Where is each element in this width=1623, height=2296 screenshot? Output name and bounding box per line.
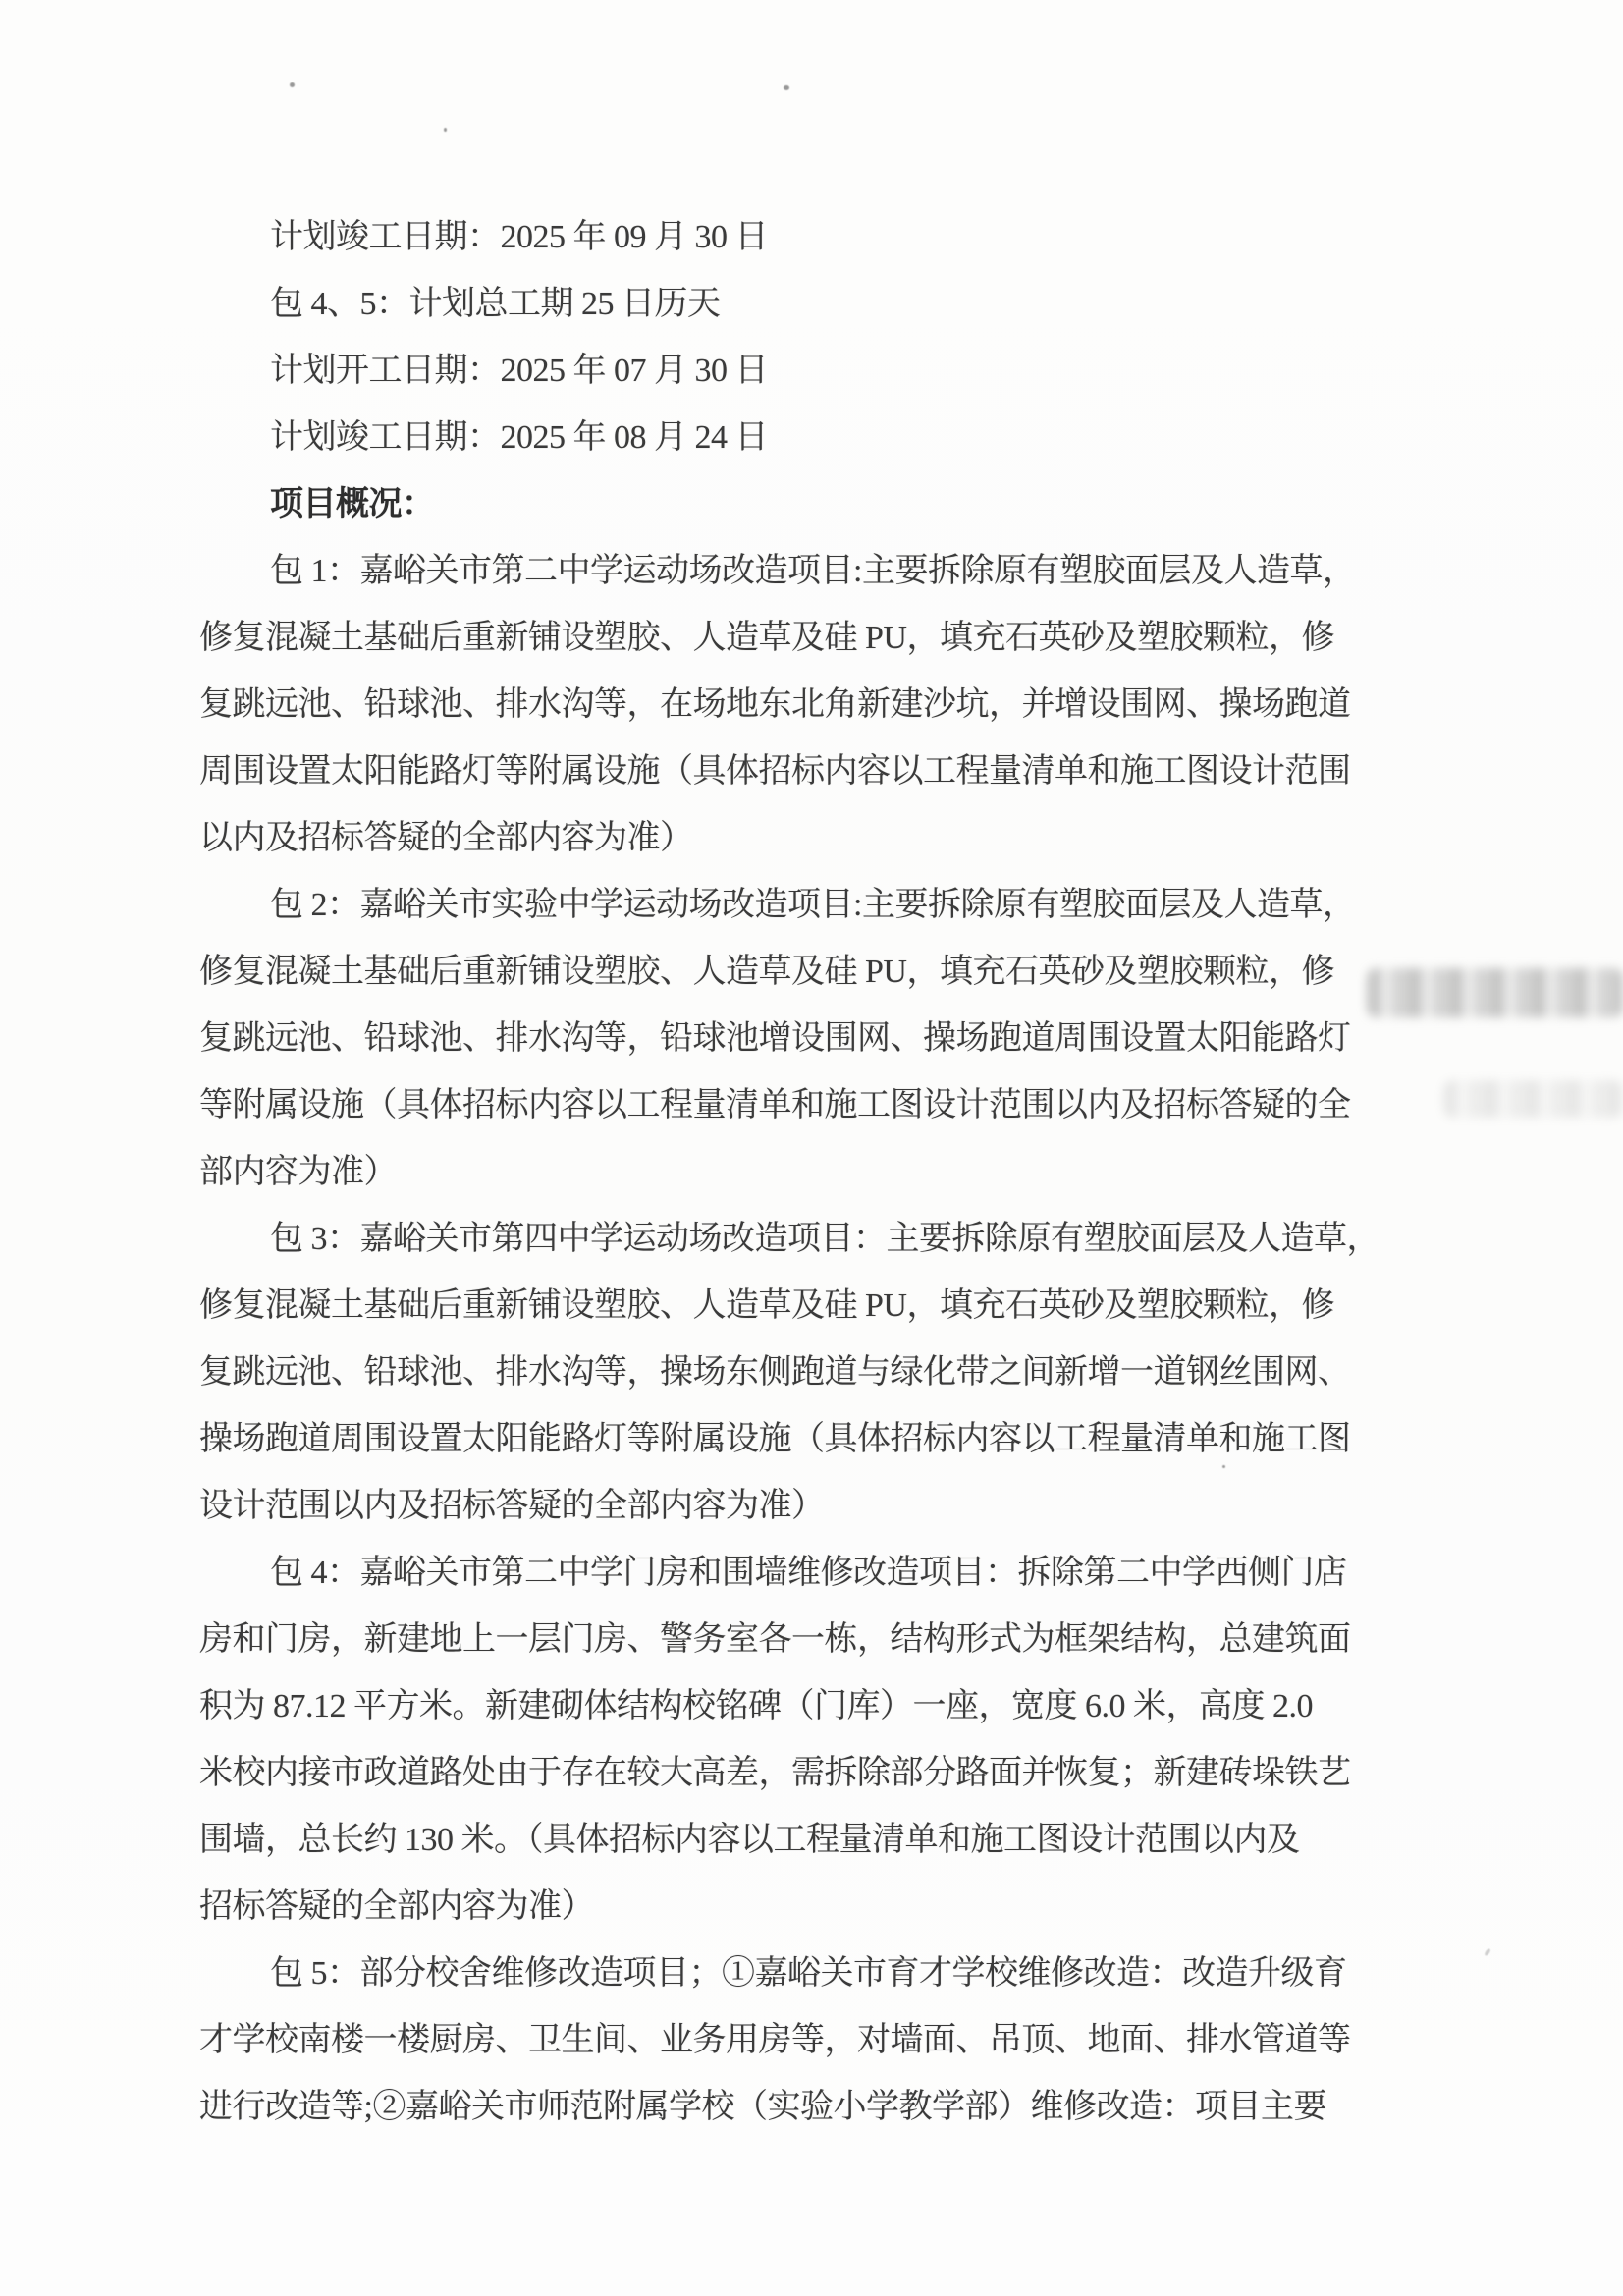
planned-completion-date-line-2: 计划竣工日期：2025 年 08 月 24 日 bbox=[199, 405, 1417, 471]
scanned-document-page: 计划竣工日期：2025 年 09 月 30 日 包 4、5：计划总工期 25 日… bbox=[0, 0, 1623, 2296]
scan-smudge bbox=[1367, 968, 1623, 1017]
document-body: 计划竣工日期：2025 年 09 月 30 日 包 4、5：计划总工期 25 日… bbox=[199, 204, 1417, 2141]
package-4-line: 房和门房，新建地上一层门房、警务室各一栋，结构形式为框架结构，总建筑面 bbox=[199, 1607, 1417, 1673]
package-5-line: 包 5：部分校舍维修改造项目；①嘉峪关市育才学校维修改造：改造升级育 bbox=[199, 1941, 1417, 2007]
package-4-line: 米校内接市政道路处由于存在较大高差，需拆除部分路面并恢复；新建砖垛铁艺 bbox=[199, 1740, 1417, 1807]
scan-speck bbox=[290, 82, 295, 87]
package-3-line: 操场跑道周围设置太阳能路灯等附属设施（具体招标内容以工程量清单和施工图 bbox=[199, 1406, 1417, 1473]
package-4-line: 积为 87.12 平方米。新建砌体结构校铭碑（门库）一座，宽度 6.0 米，高度… bbox=[199, 1673, 1417, 1740]
package-1-line: 周围设置太阳能路灯等附属设施（具体招标内容以工程量清单和施工图设计范围 bbox=[199, 738, 1417, 805]
scan-speck bbox=[1222, 1465, 1225, 1468]
package-5-line: 才学校南楼一楼厨房、卫生间、业务用房等，对墙面、吊顶、地面、排水管道等 bbox=[199, 2007, 1417, 2074]
package-2-line: 复跳远池、铅球池、排水沟等，铅球池增设围网、操场跑道周围设置太阳能路灯 bbox=[199, 1006, 1417, 1072]
package-4-line: 围墙，总长约 130 米。（具体招标内容以工程量清单和施工图设计范围以内及 bbox=[199, 1807, 1417, 1874]
scan-speck bbox=[1484, 1948, 1491, 1957]
scan-smudge bbox=[1443, 1080, 1623, 1118]
package-3-line: 设计范围以内及招标答疑的全部内容为准） bbox=[199, 1473, 1417, 1540]
package-2-line: 包 2：嘉峪关市实验中学运动场改造项目:主要拆除原有塑胶面层及人造草， bbox=[199, 872, 1417, 939]
package-4-line: 招标答疑的全部内容为准） bbox=[199, 1874, 1417, 1941]
planned-completion-date-line-1: 计划竣工日期：2025 年 09 月 30 日 bbox=[199, 204, 1417, 271]
package-2-line: 修复混凝土基础后重新铺设塑胶、人造草及硅 PU，填充石英砂及塑胶颗粒，修 bbox=[199, 939, 1417, 1006]
package-3-line: 修复混凝土基础后重新铺设塑胶、人造草及硅 PU，填充石英砂及塑胶颗粒，修 bbox=[199, 1273, 1417, 1339]
package-5-line: 进行改造等;②嘉峪关市师范附属学校（实验小学教学部）维修改造：项目主要 bbox=[199, 2074, 1417, 2141]
package-4-5-duration-line: 包 4、5：计划总工期 25 日历天 bbox=[199, 271, 1417, 338]
package-2-line: 部内容为准） bbox=[199, 1139, 1417, 1206]
package-1-line: 复跳远池、铅球池、排水沟等，在场地东北角新建沙坑，并增设围网、操场跑道 bbox=[199, 672, 1417, 738]
scan-speck bbox=[730, 1233, 733, 1236]
package-3-line: 复跳远池、铅球池、排水沟等，操场东侧跑道与绿化带之间新增一道钢丝围网、 bbox=[199, 1339, 1417, 1406]
package-3-line: 包 3：嘉峪关市第四中学运动场改造项目：主要拆除原有塑胶面层及人造草， bbox=[199, 1206, 1417, 1273]
package-4-line: 包 4：嘉峪关市第二中学门房和围墙维修改造项目：拆除第二中学西侧门店 bbox=[199, 1540, 1417, 1607]
scan-speck bbox=[444, 128, 447, 132]
planned-start-date-line: 计划开工日期：2025 年 07 月 30 日 bbox=[199, 338, 1417, 405]
scan-speck bbox=[784, 85, 789, 90]
section-heading-project-overview: 项目概况： bbox=[199, 471, 1417, 538]
package-1-line: 包 1：嘉峪关市第二中学运动场改造项目:主要拆除原有塑胶面层及人造草， bbox=[199, 538, 1417, 605]
package-2-line: 等附属设施（具体招标内容以工程量清单和施工图设计范围以内及招标答疑的全 bbox=[199, 1072, 1417, 1139]
package-1-line: 修复混凝土基础后重新铺设塑胶、人造草及硅 PU，填充石英砂及塑胶颗粒，修 bbox=[199, 605, 1417, 672]
package-1-line: 以内及招标答疑的全部内容为准） bbox=[199, 805, 1417, 872]
